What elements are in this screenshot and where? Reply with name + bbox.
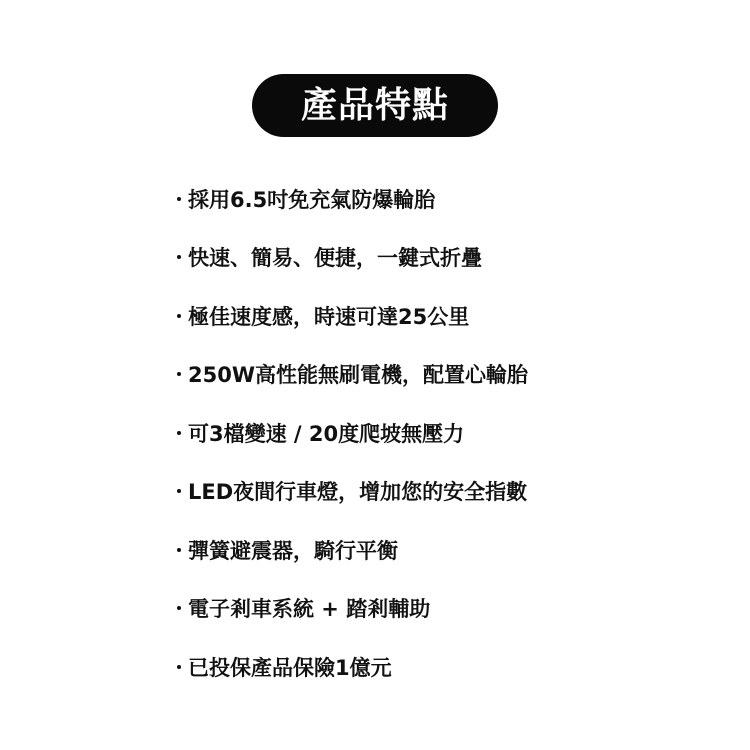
bullet-dot-icon [177, 606, 181, 610]
bullet-dot-icon [177, 548, 181, 552]
feature-text: 採用6.5吋免充氣防爆輪胎 [188, 184, 435, 214]
section-title: 產品特點 [301, 88, 449, 124]
feature-item: 彈簧避震器，騎行平衡 [174, 533, 528, 566]
bullet-dot-icon [177, 489, 181, 493]
feature-text: 電子剎車系統 + 踏剎輔助 [188, 593, 430, 623]
feature-list: 採用6.5吋免充氣防爆輪胎 快速、簡易、便捷，一鍵式折疊 極佳速度感，時速可達2… [174, 182, 528, 709]
bullet-dot-icon [177, 255, 181, 259]
bullet-dot-icon [177, 372, 181, 376]
feature-item: 已投保產品保險1億元 [174, 650, 528, 683]
feature-item: LED夜間行車燈，增加您的安全指數 [174, 475, 528, 508]
feature-text: 快速、簡易、便捷，一鍵式折疊 [188, 242, 482, 272]
feature-text: LED夜間行車燈，增加您的安全指數 [188, 476, 527, 506]
feature-text: 極佳速度感，時速可達25公里 [188, 301, 469, 331]
feature-item: 電子剎車系統 + 踏剎輔助 [174, 592, 528, 625]
feature-item: 快速、簡易、便捷，一鍵式折疊 [174, 241, 528, 274]
bullet-dot-icon [177, 665, 181, 669]
feature-text: 已投保產品保險1億元 [188, 652, 392, 682]
bullet-dot-icon [177, 314, 181, 318]
feature-text: 可3檔變速 / 20度爬坡無壓力 [188, 418, 464, 448]
bullet-dot-icon [177, 431, 181, 435]
feature-item: 極佳速度感，時速可達25公里 [174, 299, 528, 332]
feature-item: 採用6.5吋免充氣防爆輪胎 [174, 182, 528, 215]
feature-text: 彈簧避震器，騎行平衡 [188, 535, 398, 565]
feature-text: 250W高性能無刷電機，配置心輪胎 [188, 359, 528, 389]
section-title-pill: 產品特點 [252, 74, 498, 137]
feature-item: 250W高性能無刷電機，配置心輪胎 [174, 358, 528, 391]
feature-item: 可3檔變速 / 20度爬坡無壓力 [174, 416, 528, 449]
bullet-dot-icon [177, 197, 181, 201]
